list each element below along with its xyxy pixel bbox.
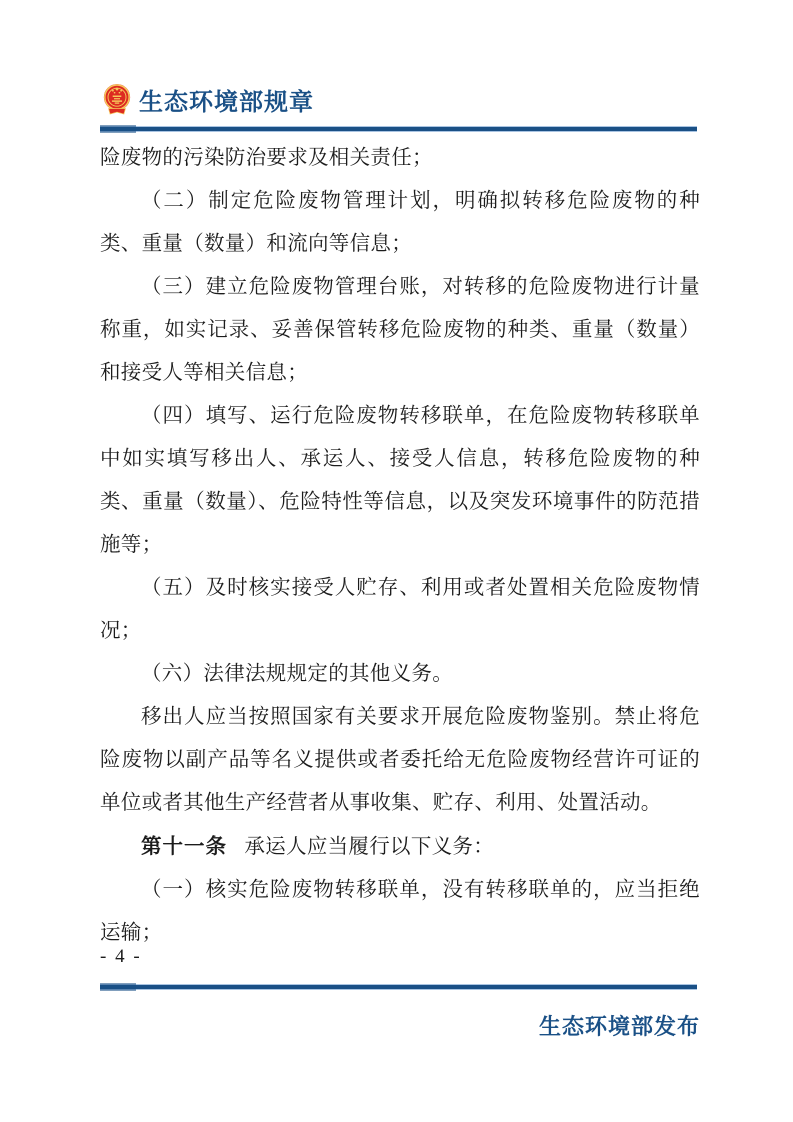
body-paragraph: （五）及时核实接受人贮存、利用或者处置相关危险废物情况； <box>100 567 700 653</box>
body-paragraph: （三）建立危险废物管理台账，对转移的危险废物进行计量称重，如实记录、妥善保管转移… <box>100 266 700 395</box>
body-paragraph: （二）制定危险废物管理计划，明确拟转移危险废物的种类、重量（数量）和流向等信息； <box>100 180 700 266</box>
body-paragraph-article: 第十一条承运人应当履行以下义务： <box>100 825 700 869</box>
article-text: 承运人应当履行以下义务： <box>244 836 494 858</box>
agency-label: 生态环境部规章 <box>139 82 314 117</box>
article-number: 第十一条 <box>141 835 227 858</box>
page-header: 生态环境部规章 <box>102 82 314 117</box>
body-paragraph: （六）法律法规规定的其他义务。 <box>100 653 700 696</box>
national-emblem-icon <box>102 83 132 117</box>
body-paragraph: 移出人应当按照国家有关要求开展危险废物鉴别。禁止将危险废物以副产品等名义提供或者… <box>100 696 700 825</box>
document-page: 生态环境部规章 险废物的污染防治要求及相关责任； （二）制定危险废物管理计划，明… <box>0 0 793 1122</box>
body-paragraph: （一）核实危险废物转移联单，没有转移联单的，应当拒绝运输； <box>100 869 700 955</box>
publisher-label: 生态环境部发布 <box>100 1010 700 1041</box>
footer-divider <box>100 985 697 989</box>
body-paragraph: 险废物的污染防治要求及相关责任； <box>100 137 700 180</box>
document-body: 险废物的污染防治要求及相关责任； （二）制定危险废物管理计划，明确拟转移危险废物… <box>100 137 700 955</box>
header-divider <box>100 127 697 131</box>
body-paragraph: （四）填写、运行危险废物转移联单，在危险废物转移联单中如实填写移出人、承运人、接… <box>100 395 700 567</box>
page-number: - 4 - <box>100 946 142 968</box>
